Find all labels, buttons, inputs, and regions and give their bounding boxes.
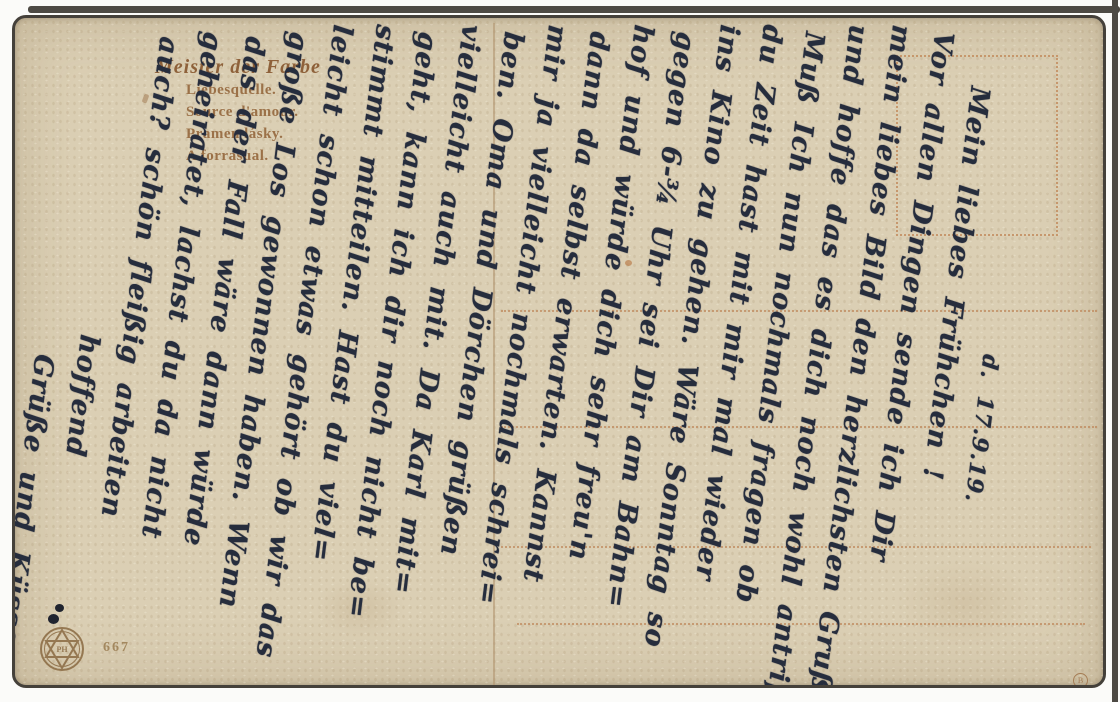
scanner-edge-shadow-top [28, 6, 1120, 13]
postcard-back: Meister der Farbe Liebesquelle. Source d… [12, 15, 1106, 688]
handwriting-message: d. 17.9.19.Mein liebes Frühchen !Vor all… [12, 17, 1053, 688]
scanner-edge-shadow-right [1112, 0, 1118, 702]
printer-mark-icon: B [1073, 673, 1088, 688]
